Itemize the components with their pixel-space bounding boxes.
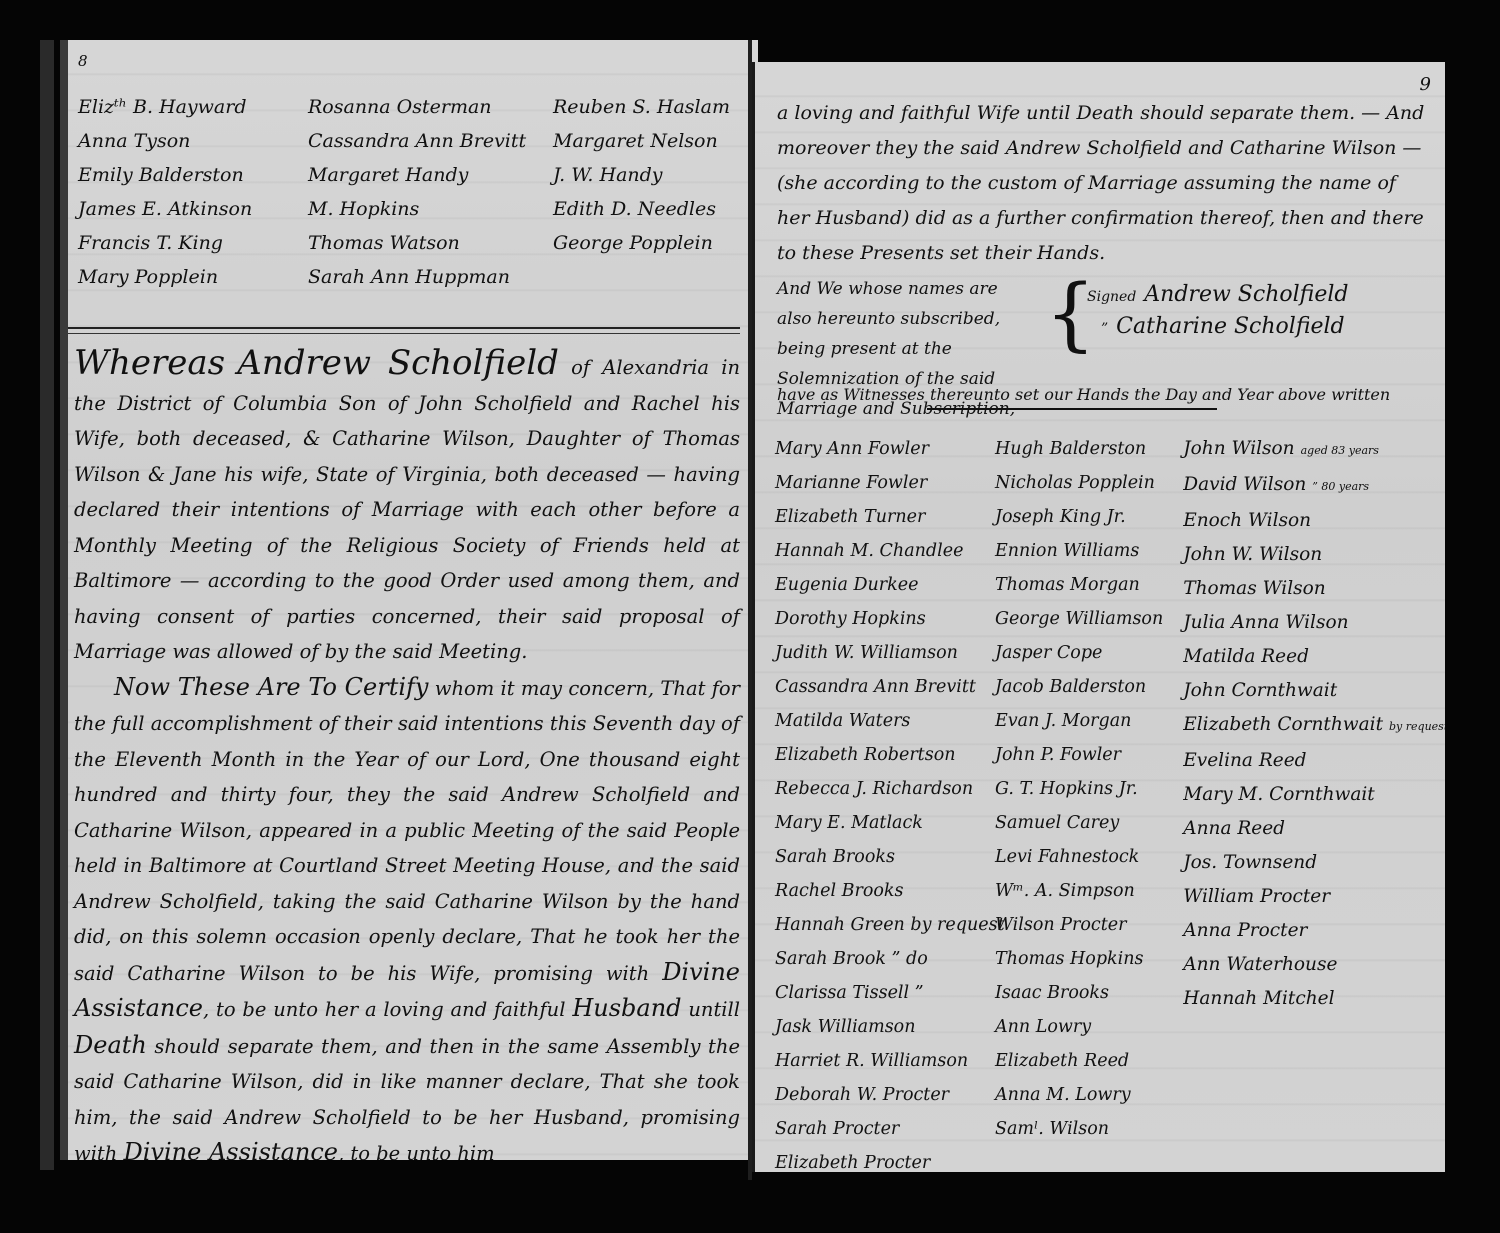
signature: Emily Balderston [78,158,278,192]
witness-signature: Rachel Brooks [775,874,975,908]
witness-signature: Elizabeth Cornthwaitby request [1183,708,1445,744]
witness-signature: Mary M. Cornthwait [1183,778,1445,812]
signature: George Popplein [553,226,730,260]
witness-signature: Wilson Procter [995,908,1163,942]
section-divider [68,327,740,329]
signature: Cassandra Ann Brevitt [308,124,523,158]
witness-signature: Elizabeth Robertson [775,738,975,772]
death-word: Death [74,1031,147,1059]
witness-signature: Jasper Cope [995,636,1163,670]
witness-signature: Dorothy Hopkins [775,602,975,636]
underline [927,408,1217,410]
witness-signature: Ann Waterhouse [1183,948,1445,982]
signature: Anna Tyson [78,124,278,158]
witness-signatures: Mary Ann Fowler Marianne Fowler Elizabet… [775,432,1439,1172]
witness-signature: Sarah Brooks [775,840,975,874]
witness-signature: Mary Ann Fowler [775,432,975,466]
witness-signature: Levi Fahnestock [995,840,1163,874]
witness-signature: Elizabeth Turner [775,500,975,534]
witness-signature: John Cornthwait [1183,674,1445,708]
witness-signature: Hannah Green by request [775,908,975,942]
groom-signature: Andrew Scholfield [1144,282,1348,307]
witness-signature: Hannah M. Chandlee [775,534,975,568]
witness-note: by request [1389,720,1445,733]
signature: Rosanna Osterman [308,90,523,124]
witness-signature: G. T. Hopkins Jr. [995,772,1163,806]
witness-signature: Thomas Morgan [995,568,1163,602]
signature: J. W. Handy [553,158,730,192]
witness-signature: Thomas Wilson [1183,572,1445,606]
husband-word: Husband [572,994,681,1022]
divine-assistance: Divine Assistance [124,1138,338,1160]
signature-column-1: Elizᵗʰ B. Hayward Anna Tyson Emily Balde… [78,90,278,294]
witness-signature: David Wilson” 80 years [1183,468,1445,504]
witness-signature: Wᵐ. A. Simpson [995,874,1163,908]
witness-statement-text: have as Witnesses thereunto set our Hand… [777,385,1390,404]
witness-name: Elizabeth Cornthwait [1183,714,1383,735]
witness-signature: Sarah Brook ” do [775,942,975,976]
witness-signature: Joseph King Jr. [995,500,1163,534]
page-number: 9 [1420,74,1431,95]
witness-signature: Sarah Procter [775,1112,975,1146]
witness-signature: Matilda Waters [775,704,975,738]
witness-signature: Jask Williamson [775,1010,975,1044]
certificate-continuation: a loving and faithful Wife until Death s… [777,96,1431,271]
witness-signature: Rebecca J. Richardson [775,772,975,806]
witness-signature: Samˡ. Wilson [995,1112,1163,1146]
signature: Thomas Watson [308,226,523,260]
witness-signature: Elizabeth Reed [995,1044,1163,1078]
witness-signature: Jos. Townsend [1183,846,1445,880]
scanned-ledger-spread: 8 Elizᵗʰ B. Hayward Anna Tyson Emily Bal… [0,0,1500,1233]
witness-signature: Hugh Balderston [995,432,1163,466]
witness-signature: John P. Fowler [995,738,1163,772]
certify-text: , to be unto him [338,1142,495,1160]
witness-signature: John Wilsonaged 83 years [1183,432,1445,468]
certify-heading: Now These Are To Certify [114,673,428,701]
couple-signatures-block: And We whose names are also hereunto sub… [777,274,1427,384]
witness-signature: Mary E. Matlack [775,806,975,840]
right-page: 9 a loving and faithful Wife until Death… [752,62,1445,1172]
witness-signature: Samuel Carey [995,806,1163,840]
ditto-mark: ” [1101,321,1108,337]
signature: Mary Popplein [78,260,278,294]
certificate-preamble: of Alexandria in the District of Columbi… [74,356,740,663]
witness-signature: Anna Reed [1183,812,1445,846]
witness-signature: Evelina Reed [1183,744,1445,778]
witness-column-1: Mary Ann Fowler Marianne Fowler Elizabet… [775,432,975,1172]
witness-note: aged 83 years [1301,444,1379,457]
witness-signature: Matilda Reed [1183,640,1445,674]
witness-signature: Deborah W. Procter [775,1078,975,1112]
witness-name: David Wilson [1183,474,1306,495]
signature: Francis T. King [78,226,278,260]
witness-signature: Anna Procter [1183,914,1445,948]
certify-text: , to be unto her a loving and faithful [203,998,565,1021]
witness-column-2: Hugh Balderston Nicholas Popplein Joseph… [995,432,1163,1172]
continuation-text: a loving and faithful Wife until Death s… [777,96,1431,271]
witness-signature: Anna M. Lowry [995,1078,1163,1112]
witness-signature: Marianne Fowler [775,466,975,500]
signature: Margaret Handy [308,158,523,192]
page-number: 8 [78,52,88,70]
signed-label: Signed [1087,289,1136,305]
signature: M. Hopkins [308,192,523,226]
certify-text: whom it may concern, That for the full a… [74,677,740,985]
whereas-heading: Whereas [74,343,225,383]
certify-text: untill [688,998,740,1021]
couple-signatures: SignedAndrew Scholfield ”Catharine Schol… [1087,280,1348,344]
signature: Edith D. Needles [553,192,730,226]
witness-signature: Ann Lowry [995,1010,1163,1044]
witness-signature: Hannah Mitchel [1183,982,1445,1016]
witness-signature: Judith W. Williamson [775,636,975,670]
witness-signature: Enoch Wilson [1183,504,1445,538]
witness-signature: Elizabeth Procter [775,1146,975,1172]
witness-signature: Ennion Williams [995,534,1163,568]
signature: James E. Atkinson [78,192,278,226]
witness-signature: Cassandra Ann Brevitt [775,670,975,704]
witness-signature: Harriet R. Williamson [775,1044,975,1078]
witness-signature: George Williamson [995,602,1163,636]
witness-signature: Jacob Balderston [995,670,1163,704]
witness-signature: Isaac Brooks [995,976,1163,1010]
witness-signature: Thomas Hopkins [995,942,1163,976]
witness-signature: Eugenia Durkee [775,568,975,602]
groom-name: Andrew Scholfield [237,343,559,383]
signature: Margaret Nelson [553,124,730,158]
left-page: 8 Elizᵗʰ B. Hayward Anna Tyson Emily Bal… [60,40,758,1160]
signature-column-3: Reuben S. Haslam Margaret Nelson J. W. H… [553,90,730,294]
witness-signature: Evan J. Morgan [995,704,1163,738]
certificate-opening: Whereas Andrew Scholfield of Alexandria … [74,345,740,670]
binding-edge [40,40,54,1170]
signature-column-2: Rosanna Osterman Cassandra Ann Brevitt M… [308,90,523,294]
signature: Elizᵗʰ B. Hayward [78,90,278,124]
section-divider [68,333,740,334]
witness-signature: John W. Wilson [1183,538,1445,572]
witness-signature: William Procter [1183,880,1445,914]
bride-signature: Catharine Scholfield [1116,314,1344,339]
witness-note: ” 80 years [1312,480,1369,493]
witness-signature: Julia Anna Wilson [1183,606,1445,640]
witness-signature: Nicholas Popplein [995,466,1163,500]
signature: Reuben S. Haslam [553,90,730,124]
signature-list-continued: Elizᵗʰ B. Hayward Anna Tyson Emily Balde… [78,90,748,294]
witness-statement: have as Witnesses thereunto set our Hand… [777,382,1435,408]
witness-column-3-family: John Wilsonaged 83 years David Wilson” 8… [1183,432,1445,1172]
certificate-body: Now These Are To Certify whom it may con… [74,670,740,1161]
signature: Sarah Ann Huppman [308,260,523,294]
witness-name: John Wilson [1183,438,1294,459]
witness-signature: Clarissa Tissell ” [775,976,975,1010]
marriage-certificate-text: Whereas Andrew Scholfield of Alexandria … [74,345,740,1160]
